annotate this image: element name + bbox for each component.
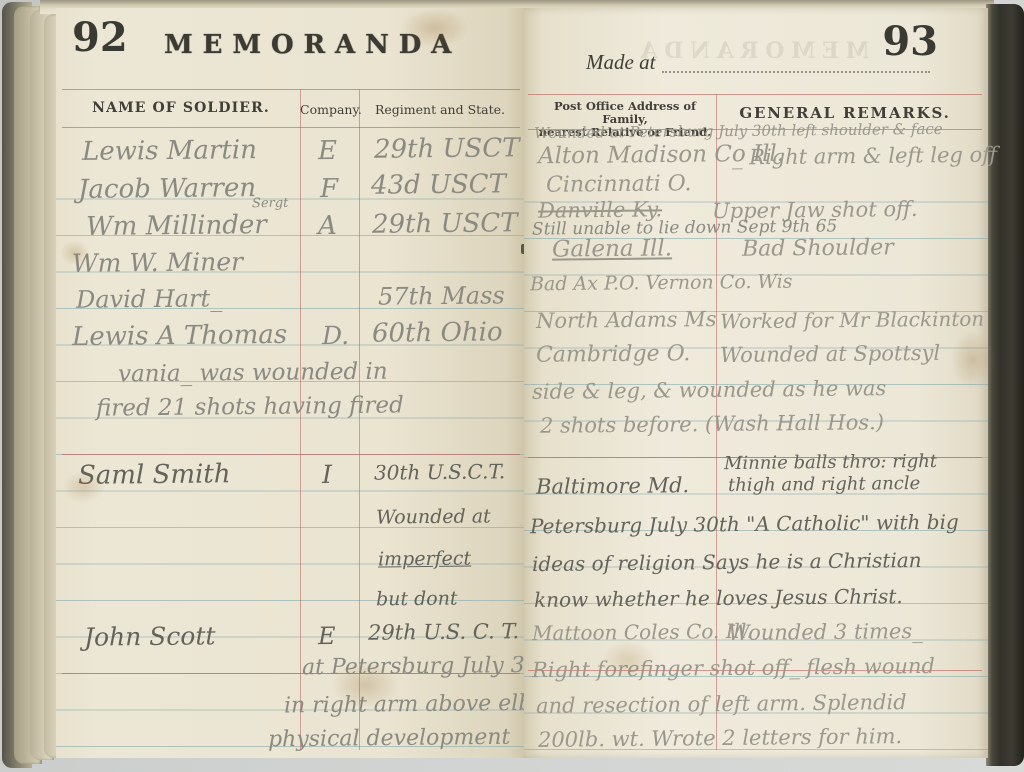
remark-line: Bad Shoulder [742,235,894,262]
column-divider [300,89,301,750]
entry-continuation: imperfect [378,548,471,571]
soldier-name: David Hart_ [76,284,222,314]
entry-continuation: Wounded at [376,505,491,528]
remark-line: Right forefinger shot off_ flesh wound [532,654,935,682]
red-rule [62,127,520,128]
page-number-left: 92 [72,14,128,61]
regiment-value: 43d USCT [371,169,506,200]
regiment-value: 60th Ohio [372,317,503,348]
address-value: Cincinnati O. [546,171,692,198]
made-at-label: Made at [586,50,655,75]
entry-continuation: but dont [376,588,458,611]
company-value: I [322,460,332,489]
left-page: 92 MEMORANDA NAME OF SOLDIER. Company. R… [56,8,524,758]
regiment-value: 29th U.S. C. T. [368,619,519,645]
address-value: Cambridge O. [536,341,691,368]
column-divider [359,89,360,750]
right-page: MEMORANDA Made at 93 Post Office Address… [524,8,988,758]
soldier-name: Jacob Warren [78,173,256,205]
memoranda-book: 92 MEMORANDA NAME OF SOLDIER. Company. R… [0,0,1024,772]
soldier-name: Wm Millinder [86,210,267,242]
entry-continuation: physical development [268,725,511,753]
remark-line: 2 shots before. (Wash Hall Hos.) [540,410,884,438]
company-value: F [320,174,338,204]
address-value: North Adams Ms [536,307,717,333]
company-value: D. [322,321,349,350]
soldier-name: Lewis A Thomas [72,320,287,352]
regiment-value: 30th U.S.C.T. [374,459,505,484]
book-cover-right-edge [986,4,1024,766]
entry-continuation: in right arm above elbow [284,691,565,719]
remark-line: Worked for Mr Blackinton [720,307,984,334]
address-value: Baltimore Md. [536,473,689,499]
page-title: MEMORANDA [164,30,461,60]
remark-line: Petersburg July 30th "A Catholic" with b… [530,510,959,538]
entry-continuation: fired 21 shots having fired [96,392,404,421]
remark-line: side & leg, & wounded as he was [532,376,886,404]
address-value: Mattoon Coles Co. Ill. [532,619,753,645]
remark-line: ideas of religion Says he is a Christian [532,548,922,576]
entry-continuation: at Petersburg July 30th [302,653,562,681]
remark-line: thigh and right ancle [728,473,920,496]
red-rule [62,89,520,90]
regiment-value: 29th USCT [372,208,518,240]
soldier-name: Lewis Martin [82,135,257,167]
address-value: Galena Ill. [552,235,672,262]
address-value: Bad Ax P.O. Vernon Co. Wis [530,271,793,296]
column-header-company: Company. [300,102,360,117]
remark-line: _ Right arm & left leg off [732,143,997,170]
show-through-title: MEMORANDA [634,38,870,64]
red-rule [62,454,520,455]
made-at-blank-line [662,70,930,73]
soldier-name: John Scott [84,621,216,651]
regiment-value: 57th Mass [378,281,505,310]
page-number-right: 93 [882,18,938,65]
column-header-name: NAME OF SOLDIER. [66,100,296,116]
soldier-name: Saml Smith [78,459,231,491]
column-header-regiment: Regiment and State. [361,102,519,117]
remark-line: 200lb. wt. Wrote 2 letters for him. [538,724,902,752]
rank-note: Sergt [252,196,289,211]
remark-line: and resection of left arm. Splendid [536,690,907,718]
remark-line: Wounded at Petersburg July 30th left sho… [534,120,943,142]
remark-line: Minnie balls thro: right [724,451,937,474]
company-value: E [318,136,337,166]
entry-continuation: vania_ was wounded in [118,359,388,388]
remark-line: know whether he loves Jesus Christ. [534,584,903,612]
company-value: E [318,622,336,650]
regiment-value: 29th USCT [374,133,520,165]
company-value: A [318,211,337,241]
red-rule [528,94,982,95]
soldier-name: Wm W. Miner [72,247,243,278]
remark-line: Wounded 3 times_ [728,619,923,645]
remark-line: Wounded at Spottsyl [720,341,940,367]
